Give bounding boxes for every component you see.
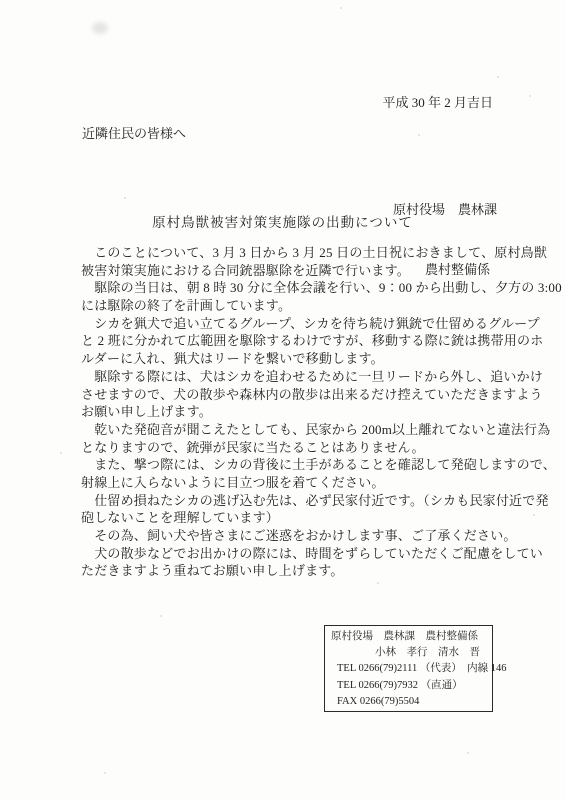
contact-org: 原村役場 農林課 農村整備係 xyxy=(331,629,486,645)
contact-tel-direct: TEL 0266(79)7932 （直通） xyxy=(337,678,486,694)
body-text-line: 乾いた発砲音が聞こえたとしても、民家から 200m以上離れてないと違法行為 xyxy=(81,421,511,439)
scan-speck xyxy=(124,197,126,199)
body-text-line: 被害対策実施における合同銃器駆除を近隣で行います。 xyxy=(81,262,511,280)
scan-speck xyxy=(529,95,531,97)
body-text-line: させますので、犬の散歩や森林内の散歩は出来るだけ控えていただきますよう xyxy=(81,386,511,404)
document-date: 平成 30 年 2 月吉日 xyxy=(382,92,493,111)
body-text-line: また、撃つ際には、シカの背後に土手があることを確認して発砲しますので、 xyxy=(81,456,511,474)
body-text-line: 砲しないことを理解しています） xyxy=(81,509,511,527)
document-title: 原村鳥獣被害対策実施隊の出動について xyxy=(0,211,565,231)
scan-speck xyxy=(418,134,420,136)
contact-tel-main: TEL 0266(79)2111 （代表） 内線 146 xyxy=(337,661,486,677)
scan-smudge xyxy=(92,22,108,34)
body-text: このことについて、3 月 3 日から 3 月 25 日の土日祝におきまして、原村… xyxy=(81,244,511,580)
contact-fax: FAX 0266(79)5504 xyxy=(337,694,486,710)
body-text-line: このことについて、3 月 3 日から 3 月 25 日の土日祝におきまして、原村… xyxy=(81,244,511,262)
body-text-line: 射線上に入らないように目立つ服を着てください。 xyxy=(81,474,511,492)
contact-info-box: 原村役場 農林課 農村整備係 小林 孝行 清水 晋 TEL 0266(79)21… xyxy=(324,625,493,712)
scan-speck xyxy=(160,615,162,617)
body-text-line: 駆除する際には、犬はシカを追わせるために一旦リードから外し、追いかけ xyxy=(81,368,511,386)
scan-speck xyxy=(377,582,379,584)
body-text-line: ルダーに入れ、猟犬はリードを繋いで移動します。 xyxy=(81,350,511,368)
recipient-line: 近隣住民の皆様へ xyxy=(82,123,186,142)
body-text-line: 犬の散歩などでお出かけの際には、時間をずらしていただくご配慮をしてい xyxy=(81,545,511,563)
body-text-line: 駆除の当日は、朝 8 時 30 分に全体会議を行い、9：00 から出動し、夕方の… xyxy=(81,279,511,297)
scan-speck xyxy=(533,514,535,516)
body-text-line: と 2 班に分かれて広範囲を駆除するわけですが、移動する際に銃は携帯用のホ xyxy=(81,332,511,350)
scan-speck xyxy=(340,7,342,9)
body-text-line: シカを猟犬で追い立てるグループ、シカを待ち続け猟銃で仕留めるグループ xyxy=(81,315,511,333)
scan-speck xyxy=(60,452,62,454)
body-text-line: その為、飼い犬や皆さまにご迷惑をおかけします事、ご了承ください。 xyxy=(81,527,511,545)
body-text-line: となりますので、銃弾が民家に当たることはありません。 xyxy=(81,439,511,457)
contact-staff-names: 小林 孝行 清水 晋 xyxy=(331,645,486,661)
body-text-line: お願い申し上げます。 xyxy=(81,403,511,421)
body-text-line: ただきますよう重ねてお願い申し上げます。 xyxy=(81,562,511,580)
scan-speck xyxy=(104,772,106,774)
scanned-letter-page: 平成 30 年 2 月吉日 近隣住民の皆様へ 原村役場 農林課 農村整備係 原村… xyxy=(0,0,565,800)
scan-speck xyxy=(467,752,469,754)
body-text-line: 仕留め損ねたシカの逃げ込む先は、必ず民家付近です。（シカも民家付近で発 xyxy=(81,492,511,510)
scan-speck xyxy=(497,76,499,78)
body-text-line: には駆除の終了を計画しています。 xyxy=(81,297,511,315)
